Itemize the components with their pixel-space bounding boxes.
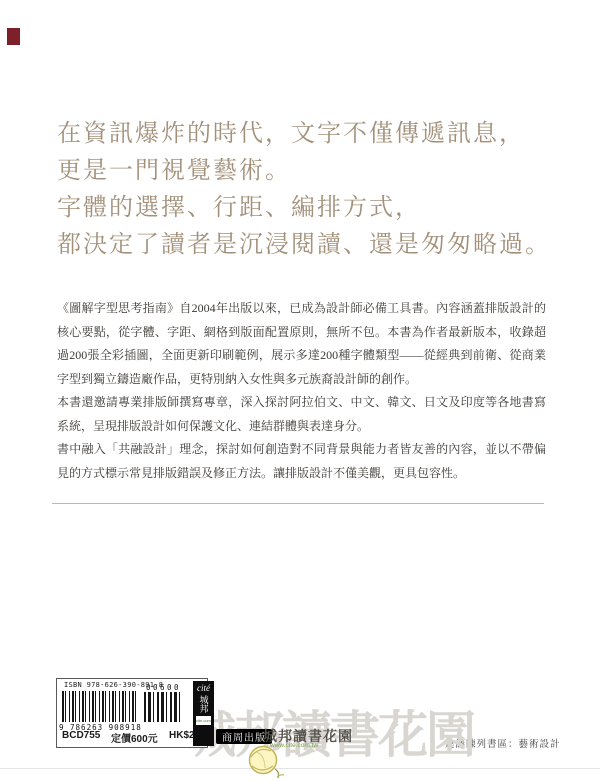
price-twd: 定價600元 bbox=[111, 730, 158, 745]
ean-barcode bbox=[62, 691, 138, 722]
headline-line: 更是一門視覺藝術。 bbox=[57, 153, 551, 190]
headline-line: 在資訊爆炸的時代，文字不僅傳遞訊息， bbox=[57, 116, 551, 153]
headline: 在資訊爆炸的時代，文字不僅傳遞訊息， 更是一門視覺藝術。 字體的選擇、行距、編排… bbox=[57, 116, 551, 264]
product-code: BCD755 bbox=[62, 730, 100, 741]
headline-line: 字體的選擇、行距、編排方式， bbox=[57, 190, 551, 227]
cite-logo-chinese: 城邦 bbox=[199, 695, 209, 713]
cite-logo: cité 城邦 cite.com.tw bbox=[193, 681, 214, 746]
barcode-panel: ISBN 978-626-390-891-8 9 786263 908918 0… bbox=[56, 678, 208, 748]
book-back-cover: 在資訊爆炸的時代，文字不僅傳遞訊息， 更是一門視覺藝術。 字體的選擇、行距、編排… bbox=[0, 0, 600, 781]
page-edge-line bbox=[0, 768, 600, 769]
garden-ball-icon bbox=[244, 743, 288, 781]
description-paragraph: 《圖解字型思考指南》自2004年出版以來，已成為設計師必備工具書。內容涵蓋排版設… bbox=[57, 297, 546, 391]
cite-logo-wordmark: cité bbox=[197, 683, 210, 693]
corner-color-mark bbox=[7, 28, 20, 45]
headline-line: 都決定了讀者是沉浸閱讀、還是匆匆略過。 bbox=[57, 227, 551, 264]
description-paragraph: 本書還邀請專業排版師撰寫專章，深入探討阿拉伯文、中文、韓文、日文及印度等各地書寫… bbox=[57, 391, 546, 438]
divider-line bbox=[52, 503, 544, 504]
book-description: 《圖解字型思考指南》自2004年出版以來，已成為設計師必備工具書。內容涵蓋排版設… bbox=[57, 297, 546, 485]
description-paragraph: 書中融入「共融設計」理念，探討如何創造對不同背景與能力者皆友善的內容，並以不帶偏… bbox=[57, 438, 546, 485]
addon-barcode bbox=[144, 692, 182, 722]
addon-barcode-digits: 00600 bbox=[146, 683, 181, 692]
cite-logo-url: cite.com.tw bbox=[196, 716, 211, 725]
